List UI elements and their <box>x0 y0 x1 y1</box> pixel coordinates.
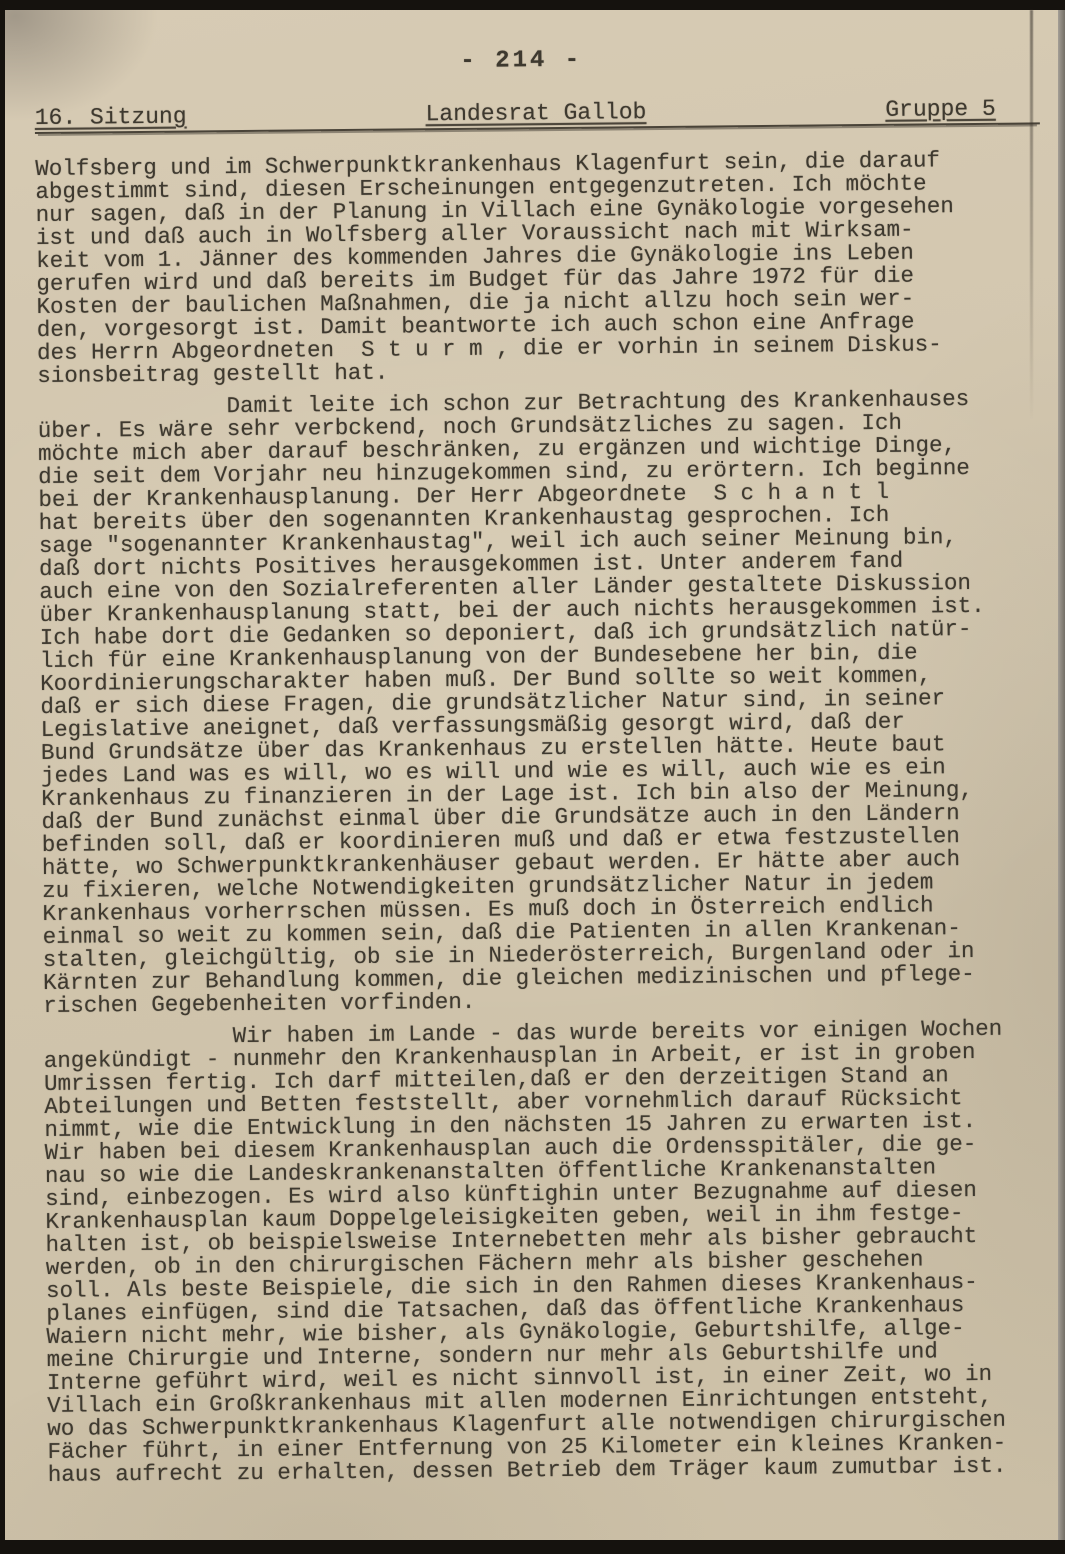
scanned-document-screenshot: { "colors": { "paper": "#d1c5ad", "ink":… <box>0 0 1065 1554</box>
paragraph: Damit leite ich schon zur Betrachtung de… <box>37 387 1049 1018</box>
document-body: Wolfsberg und im Schwerpunktkrankenhaus … <box>35 148 1054 1487</box>
page-edge-shadow <box>1058 10 1065 1540</box>
document-page: - 214 - 16. Sitzung Landesrat Gallob Gru… <box>5 10 1058 1540</box>
paragraph: Wir haben im Lande - das wurde bereits v… <box>44 1017 1054 1487</box>
page-number: - 214 - <box>18 43 1024 80</box>
header-speaker-label: Landesrat Gallob <box>425 99 646 127</box>
page-header: 16. Sitzung Landesrat Gallob Gruppe 5 <box>35 95 1040 134</box>
header-group-label: Gruppe 5 <box>885 95 1040 122</box>
paragraph: Wolfsberg und im Schwerpunktkrankenhaus … <box>35 148 1043 388</box>
header-session-label: 16. Sitzung <box>35 104 187 131</box>
page-content: - 214 - 16. Sitzung Landesrat Gallob Gru… <box>34 0 1054 1487</box>
page-crease-shadow <box>1030 10 1033 420</box>
